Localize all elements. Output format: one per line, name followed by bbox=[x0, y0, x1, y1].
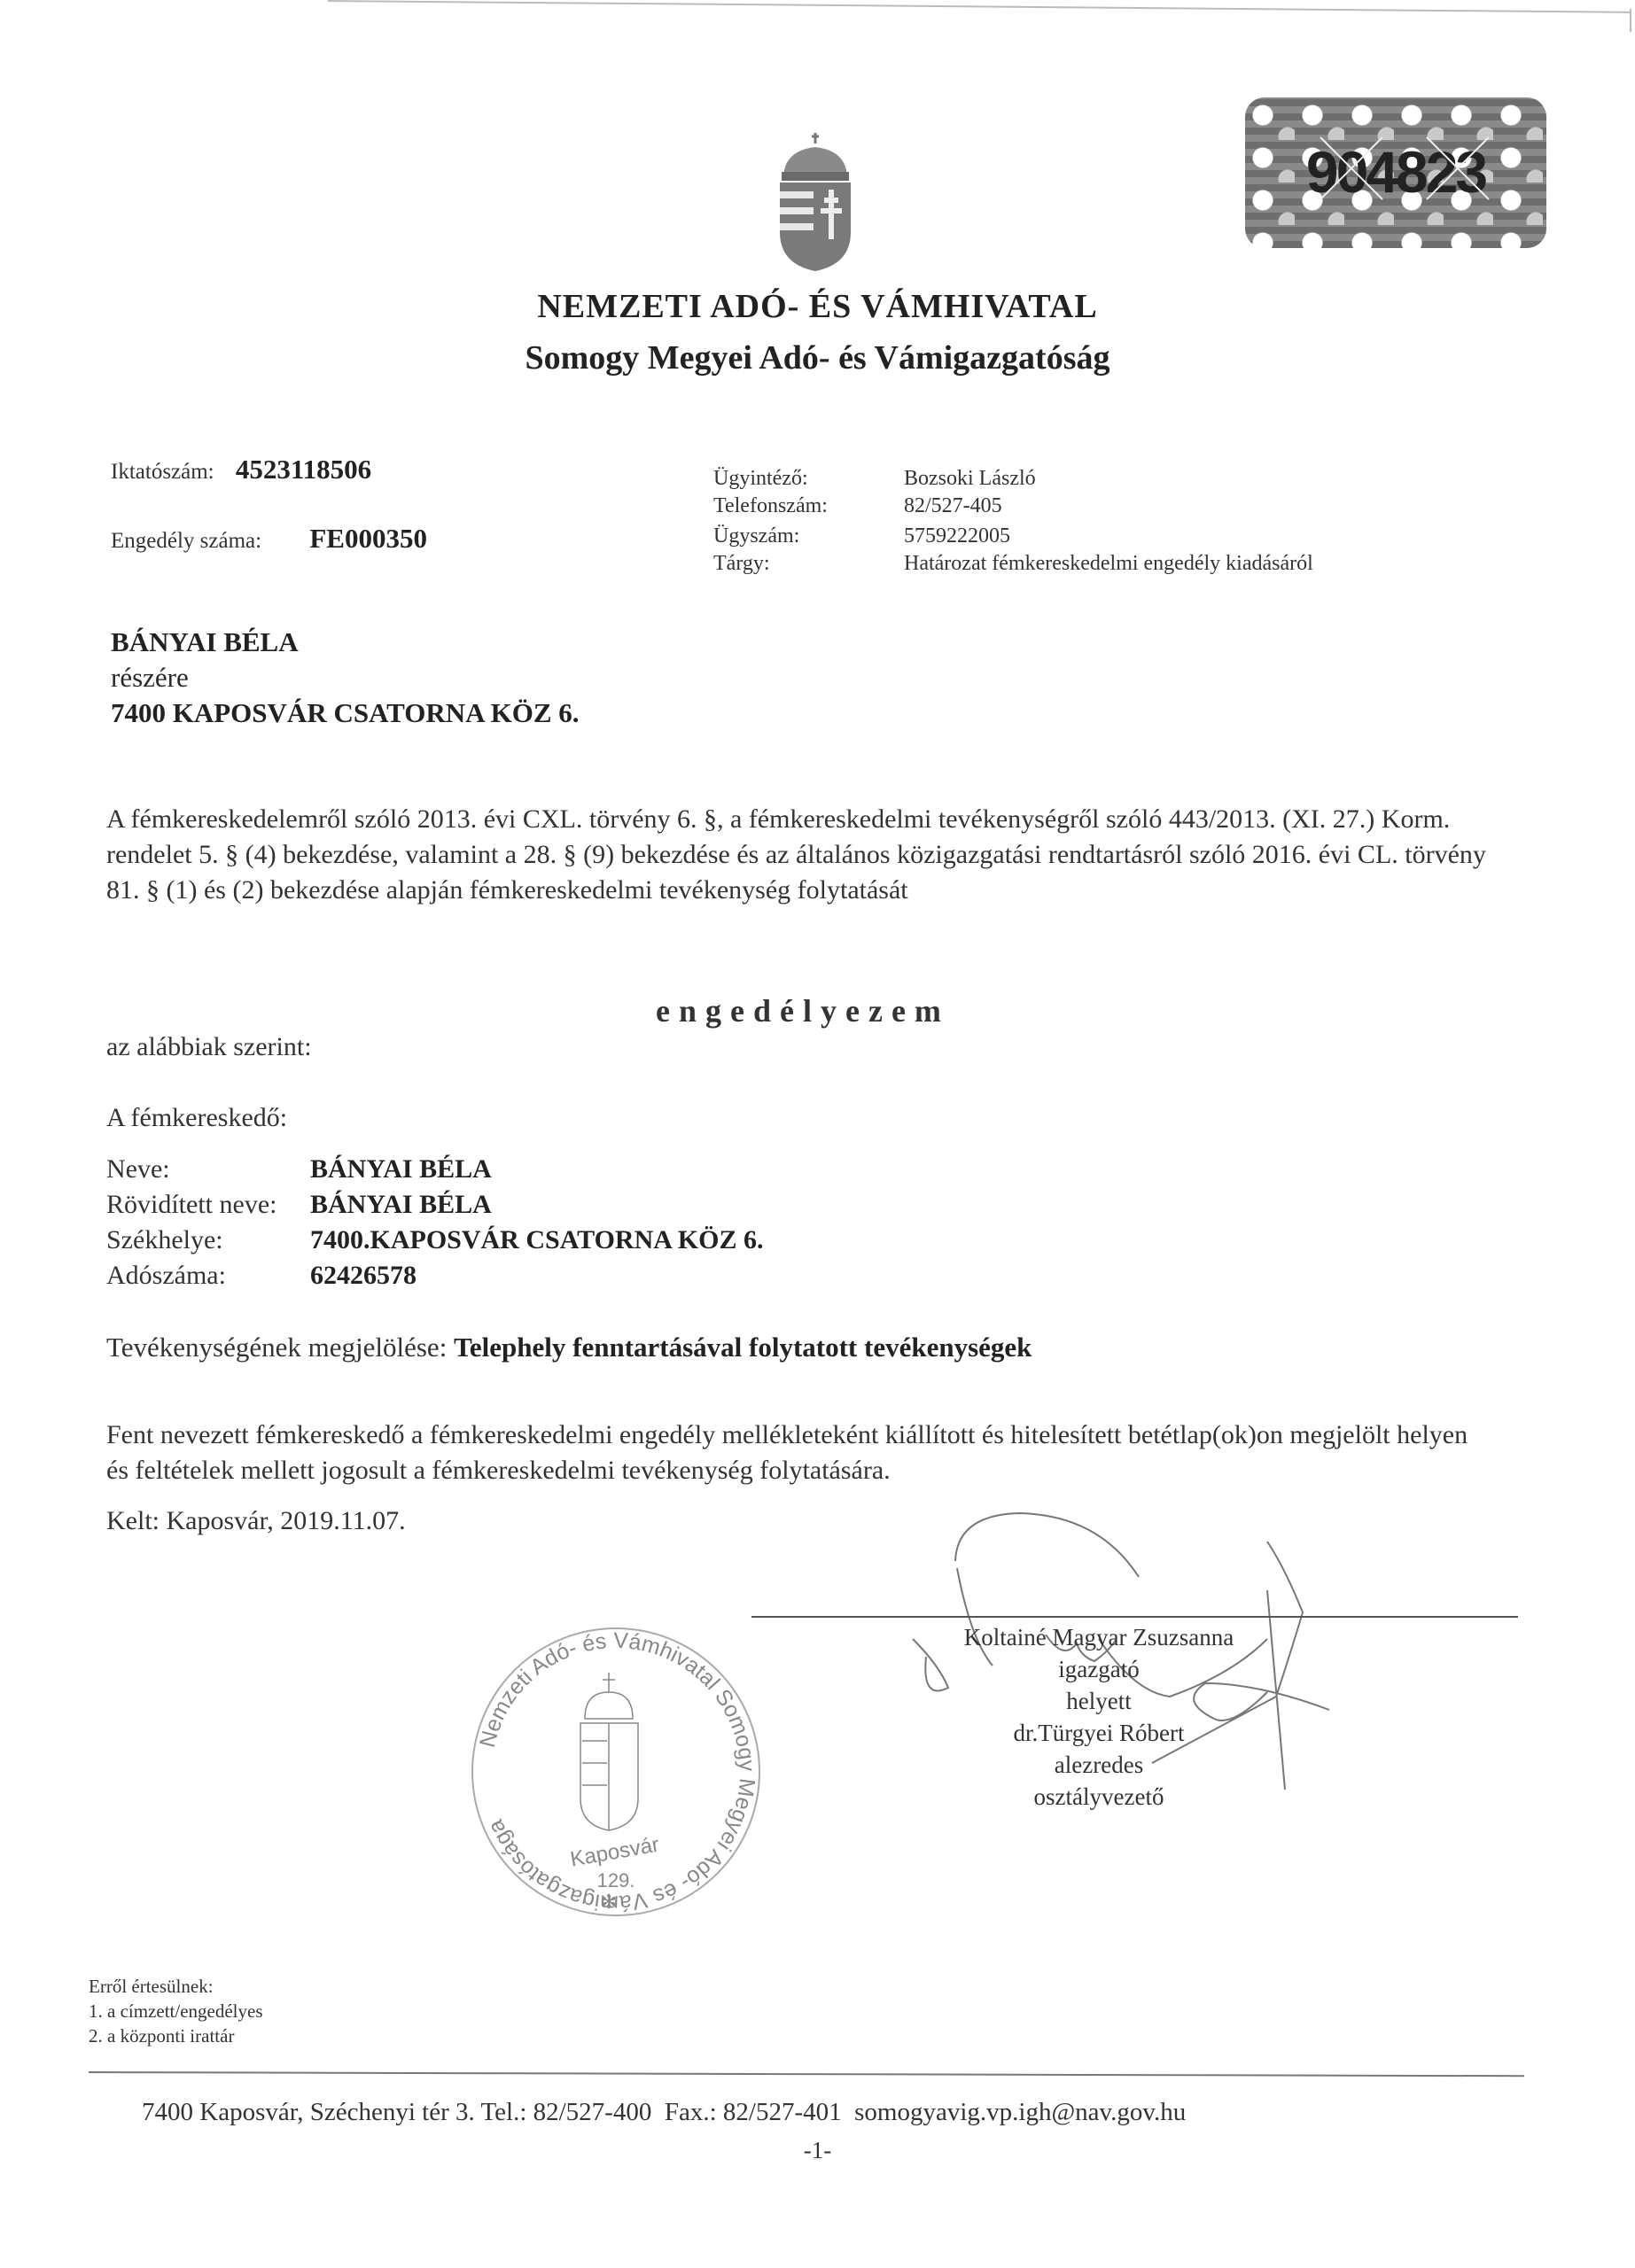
as-follows-label: az alábbiak szerint: bbox=[106, 1032, 312, 1062]
signatory-block: Koltainé Magyar Zsuzsanna igazgató helye… bbox=[904, 1621, 1294, 1813]
date-line: Kelt: Kaposvár, 2019.11.07. bbox=[106, 1506, 406, 1536]
svg-text:129.: 129. bbox=[597, 1869, 635, 1891]
case-info-row: Ügyintéző:Bozsoki László bbox=[713, 465, 1313, 493]
distribution-list: Erről értesülnek: 1. a címzett/engedélye… bbox=[89, 1974, 263, 2048]
footer-divider bbox=[89, 2071, 1524, 2077]
cross-mark-icon bbox=[1316, 133, 1387, 204]
legal-basis-paragraph: A fémkereskedelemről szóló 2013. évi CXL… bbox=[106, 802, 1489, 908]
activity-designation: Tevékenységének megjelölése: Telephely f… bbox=[106, 1332, 1032, 1363]
footer-contact: 7400 Kaposvár, Széchenyi tér 3. Tel.: 82… bbox=[142, 2098, 1186, 2127]
recipient-block: BÁNYAI BÉLA részére 7400 KAPOSVÁR CSATOR… bbox=[111, 625, 580, 731]
trader-row: Neve:BÁNYAI BÉLA bbox=[106, 1152, 763, 1187]
agency-subtitle: Somogy Megyei Adó- és Vámigazgatóság bbox=[0, 338, 1635, 377]
registry-number: Iktatószám: 4523118506 bbox=[111, 454, 371, 485]
recipient-for: részére bbox=[111, 660, 580, 695]
permit-number: Engedély száma: FE000350 bbox=[111, 523, 427, 555]
scan-edge-right bbox=[1630, 9, 1631, 32]
agency-title: NEMZETI ADÓ- ÉS VÁMHIVATAL bbox=[0, 287, 1635, 326]
page-number: -1- bbox=[0, 2137, 1635, 2164]
trader-details: Neve:BÁNYAI BÉLA Rövidített neve:BÁNYAI … bbox=[106, 1152, 763, 1293]
case-info: Ügyintéző:Bozsoki László Telefonszám:82/… bbox=[713, 465, 1313, 578]
svg-text:✻: ✻ bbox=[601, 1891, 617, 1913]
case-info-row: Tárgy:Határozat fémkereskedelmi engedély… bbox=[713, 550, 1313, 578]
cross-mark-icon bbox=[1422, 133, 1493, 204]
case-info-row: Ügyszám:5759222005 bbox=[713, 523, 1313, 550]
scan-edge-top bbox=[328, 0, 1631, 19]
trader-row: Adószáma:62426578 bbox=[106, 1258, 763, 1293]
recipient-name: BÁNYAI BÉLA bbox=[111, 625, 580, 660]
hungarian-coat-of-arms-icon bbox=[762, 133, 868, 275]
stamp-coat-of-arms-icon bbox=[580, 1673, 638, 1830]
signature-line bbox=[751, 1616, 1518, 1618]
recipient-address: 7400 KAPOSVÁR CSATORNA KÖZ 6. bbox=[111, 695, 580, 731]
hologram-sticker: 904823 bbox=[1245, 97, 1546, 248]
trader-row: Székhelye:7400.KAPOSVÁR CSATORNA KÖZ 6. bbox=[106, 1223, 763, 1258]
closing-paragraph: Fent nevezett fémkereskedő a fémkeresked… bbox=[106, 1417, 1489, 1488]
svg-text:Kaposvár: Kaposvár bbox=[568, 1833, 661, 1872]
case-info-row: Telefonszám:82/527-405 bbox=[713, 493, 1313, 520]
official-stamp: Nemzeti Adó- és Vámhivatal Somogy Megyei… bbox=[456, 1621, 775, 1922]
trader-heading: A fémkereskedő: bbox=[106, 1103, 287, 1133]
decree-word: engedélyezem bbox=[656, 992, 950, 1029]
trader-row: Rövidített neve:BÁNYAI BÉLA bbox=[106, 1187, 763, 1223]
sticker-serial: 904823 bbox=[1245, 138, 1546, 206]
